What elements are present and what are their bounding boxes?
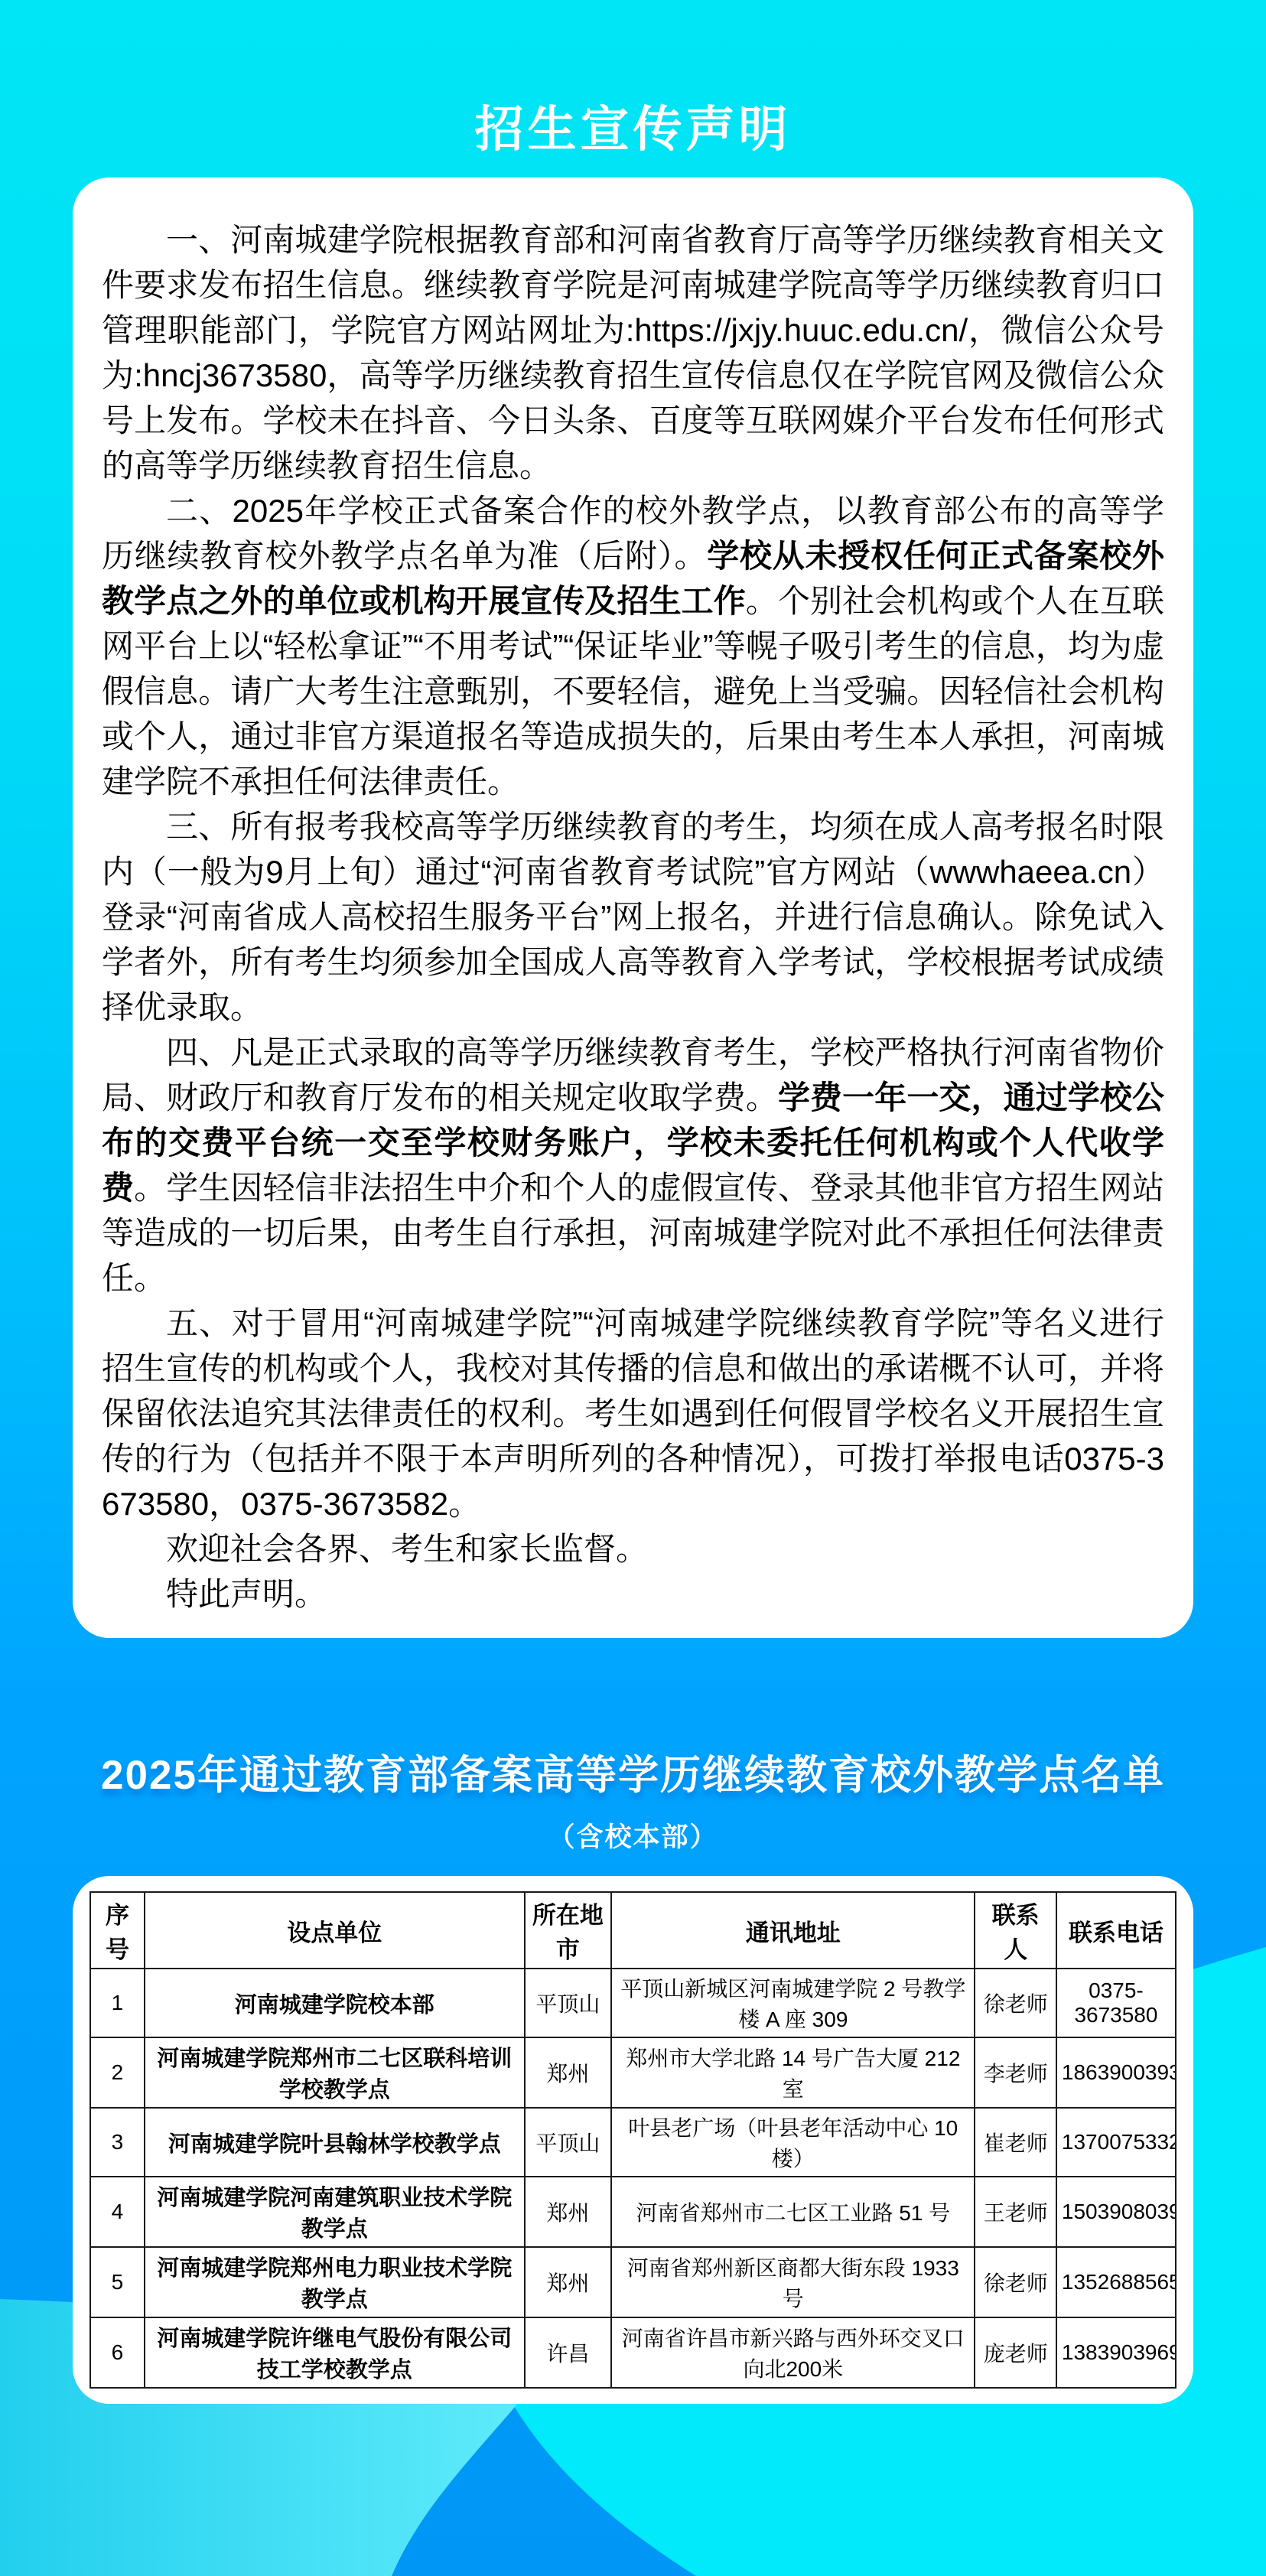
phone-cell: 13526885655 xyxy=(1056,2247,1176,2317)
column-header: 联系电话 xyxy=(1056,1892,1176,1969)
table-row: 1河南城建学院校本部平顶山平顶山新城区河南城建学院 2 号教学楼 A 座 309… xyxy=(90,1969,1176,2037)
statement-paragraph: 五、对于冒用“河南城建学院”“河南城建学院继续教育学院”等名义进行招生宣传的机构… xyxy=(102,1301,1164,1526)
phone-cell: 13700753325 xyxy=(1056,2108,1176,2177)
phone-cell: 0375-3673580 xyxy=(1056,1969,1176,2037)
phone-cell: 18639003939 xyxy=(1056,2037,1176,2108)
table-row: 6河南城建学院许继电气股份有限公司技工学校教学点许昌河南省许昌市新兴路与西外环交… xyxy=(90,2317,1176,2388)
unit-cell: 河南城建学院叶县翰林学校教学点 xyxy=(145,2108,525,2177)
column-header: 联系人 xyxy=(975,1892,1056,1969)
statement-text: 特此声明。 xyxy=(166,1576,327,1612)
seq-cell: 1 xyxy=(90,1969,145,2037)
address-cell: 河南省郑州新区商都大街东段 1933 号 xyxy=(611,2247,975,2317)
phone-cell: 13839039698 xyxy=(1056,2317,1176,2388)
seq-cell: 5 xyxy=(90,2247,145,2317)
header-row: 序号设点单位所在地市通讯地址联系人联系电话 xyxy=(90,1892,1176,1969)
column-header: 设点单位 xyxy=(145,1892,525,1969)
seq-cell: 3 xyxy=(90,2108,145,2177)
statement-text: 五、对于冒用“河南城建学院”“河南城建学院继续教育学院”等名义进行招生宣传的机构… xyxy=(102,1305,1164,1522)
city-cell: 许昌 xyxy=(525,2317,612,2388)
address-cell: 平顶山新城区河南城建学院 2 号教学楼 A 座 309 xyxy=(611,1969,975,2037)
city-cell: 平顶山 xyxy=(525,1969,612,2037)
statement-paragraph: 欢迎社会各界、考生和家长监督。 xyxy=(102,1526,1164,1571)
statement-paragraph: 四、凡是正式录取的高等学历继续教育考生，学校严格执行河南省物价局、财政厅和教育厅… xyxy=(102,1030,1164,1301)
roster-table-body: 1河南城建学院校本部平顶山平顶山新城区河南城建学院 2 号教学楼 A 座 309… xyxy=(90,1969,1176,2388)
unit-cell: 河南城建学院郑州市二七区联科培训学校教学点 xyxy=(145,2037,525,2108)
unit-cell: 河南城建学院校本部 xyxy=(145,1969,525,2037)
city-cell: 郑州 xyxy=(525,2247,612,2317)
table-row: 2河南城建学院郑州市二七区联科培训学校教学点郑州郑州市大学北路 14 号广告大厦… xyxy=(90,2037,1176,2108)
roster-table-card: 序号设点单位所在地市通讯地址联系人联系电话 1河南城建学院校本部平顶山平顶山新城… xyxy=(73,1876,1193,2404)
column-header: 序号 xyxy=(90,1892,145,1969)
contact-cell: 崔老师 xyxy=(975,2108,1056,2177)
roster-table: 序号设点单位所在地市通讯地址联系人联系电话 1河南城建学院校本部平顶山平顶山新城… xyxy=(89,1891,1177,2389)
statement-paragraph: 一、河南城建学院根据教育部和河南省教育厅高等学历继续教育相关文件要求发布招生信息… xyxy=(102,217,1164,488)
statement-text: 欢迎社会各界、考生和家长监督。 xyxy=(166,1531,648,1567)
contact-cell: 徐老师 xyxy=(975,1969,1056,2037)
seq-cell: 4 xyxy=(90,2177,145,2247)
seq-cell: 6 xyxy=(90,2317,145,2388)
table-row: 4河南城建学院河南建筑职业技术学院教学点郑州河南省郑州市二七区工业路 51 号王… xyxy=(90,2177,1176,2247)
city-cell: 郑州 xyxy=(525,2177,612,2247)
city-cell: 郑州 xyxy=(525,2037,612,2108)
statement-paragraph: 三、所有报考我校高等学历继续教育的考生，均须在成人高考报名时限内（一般为9月上旬… xyxy=(102,804,1164,1030)
contact-cell: 李老师 xyxy=(975,2037,1056,2108)
statement-card: 一、河南城建学院根据教育部和河南省教育厅高等学历继续教育相关文件要求发布招生信息… xyxy=(73,177,1193,1638)
statement-paragraph: 二、2025年学校正式备案合作的校外教学点，以教育部公布的高等学历继续教育校外教… xyxy=(102,488,1164,804)
statement-body: 一、河南城建学院根据教育部和河南省教育厅高等学历继续教育相关文件要求发布招生信息… xyxy=(102,217,1164,1617)
table-row: 3河南城建学院叶县翰林学校教学点平顶山叶县老广场（叶县老年活动中心 10 楼）崔… xyxy=(90,2108,1176,2177)
page-title: 招生宣传声明 xyxy=(0,90,1266,161)
statement-paragraph: 特此声明。 xyxy=(102,1571,1164,1617)
seq-cell: 2 xyxy=(90,2037,145,2108)
address-cell: 河南省郑州市二七区工业路 51 号 xyxy=(611,2177,975,2247)
contact-cell: 徐老师 xyxy=(975,2247,1056,2317)
roster-subheading: （含校本部） xyxy=(0,1816,1266,1855)
statement-text: 三、所有报考我校高等学历继续教育的考生，均须在成人高考报名时限内（一般为9月上旬… xyxy=(102,809,1164,1025)
poster-canvas: 招生宣传声明 一、河南城建学院根据教育部和河南省教育厅高等学历继续教育相关文件要… xyxy=(0,0,1266,2576)
table-row: 5河南城建学院郑州电力职业技术学院教学点郑州河南省郑州新区商都大街东段 1933… xyxy=(90,2247,1176,2317)
unit-cell: 河南城建学院郑州电力职业技术学院教学点 xyxy=(145,2247,525,2317)
address-cell: 郑州市大学北路 14 号广告大厦 212 室 xyxy=(611,2037,975,2108)
roster-heading: 2025年通过教育部备案高等学历继续教育校外教学点名单 xyxy=(0,1743,1266,1801)
column-header: 通讯地址 xyxy=(611,1892,975,1969)
roster-table-head: 序号设点单位所在地市通讯地址联系人联系电话 xyxy=(90,1892,1176,1969)
address-cell: 叶县老广场（叶县老年活动中心 10 楼） xyxy=(611,2108,975,2177)
column-header: 所在地市 xyxy=(525,1892,612,1969)
unit-cell: 河南城建学院许继电气股份有限公司技工学校教学点 xyxy=(145,2317,525,2388)
unit-cell: 河南城建学院河南建筑职业技术学院教学点 xyxy=(145,2177,525,2247)
city-cell: 平顶山 xyxy=(525,2108,612,2177)
address-cell: 河南省许昌市新兴路与西外环交叉口向北200米 xyxy=(611,2317,975,2388)
contact-cell: 庞老师 xyxy=(975,2317,1056,2388)
phone-cell: 15039080399 xyxy=(1056,2177,1176,2247)
statement-text: 。学生因轻信非法招生中介和个人的虚假宣传、登录其他非官方招生网站等造成的一切后果… xyxy=(102,1170,1164,1296)
contact-cell: 王老师 xyxy=(975,2177,1056,2247)
statement-text: 一、河南城建学院根据教育部和河南省教育厅高等学历继续教育相关文件要求发布招生信息… xyxy=(102,222,1164,484)
